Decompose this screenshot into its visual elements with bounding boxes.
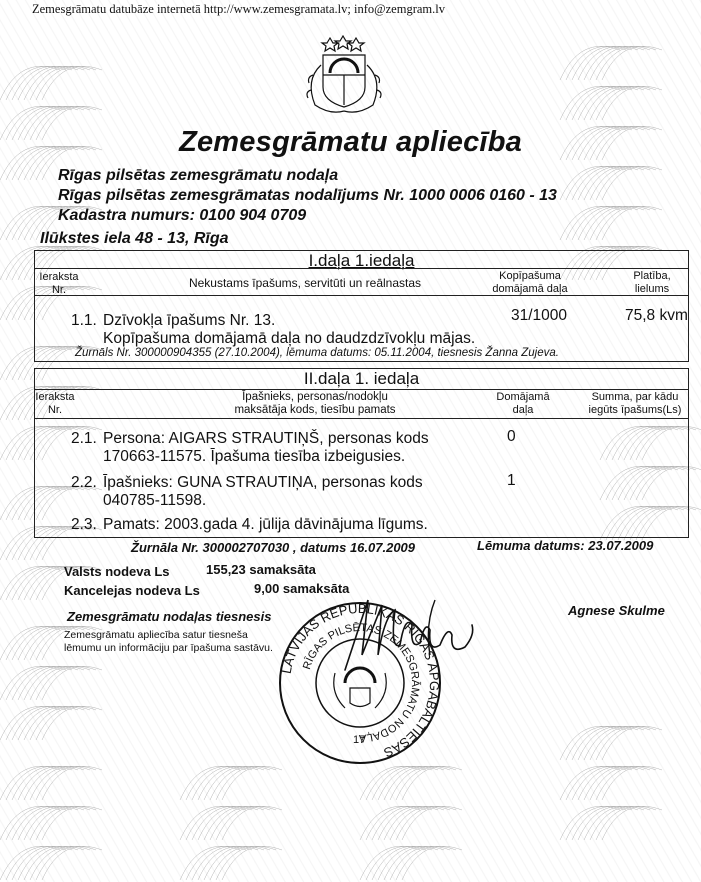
property-line-2: Kopīpašuma domājamā daļa no daudzdzīvokļ… <box>103 329 475 348</box>
office-fee-value: 9,00 samaksāta <box>254 581 349 596</box>
owner-line-2: 040785-11598. <box>103 491 206 510</box>
part2-header-amount: Summa, par kāduiegūts īpašums(Ls) <box>585 391 685 417</box>
certificate-note: Zemesgrāmatu apliecība satur tiesneša lē… <box>64 629 273 655</box>
area-value: 75,8 kvm <box>625 306 688 325</box>
divider <box>35 268 688 269</box>
entry-number: 2.1. <box>71 429 97 448</box>
part2-section-title: II.daļa 1. iedaļa <box>35 369 688 389</box>
source-header-line: Zemesgrāmatu datubāze internetā http://w… <box>32 2 445 17</box>
divider <box>35 418 688 419</box>
judge-label: Zemesgrāmatu nodaļas tiesnesis <box>67 609 271 624</box>
owner-line-2: 170663-11575. Īpašuma tiesība izbeigusie… <box>103 447 405 466</box>
entry-number: 1.1. <box>71 311 97 330</box>
latvia-coat-of-arms-icon <box>285 35 395 117</box>
department-name: Rīgas pilsētas zemesgrāmatu nodaļa <box>58 167 338 185</box>
part1-journal-note: Žurnāls Nr. 300000904355 (27.10.2004), l… <box>75 347 559 359</box>
part1-header-property: Nekustams īpašums, servitūti un reālnast… <box>155 277 455 290</box>
share-value: 1 <box>507 471 516 490</box>
office-fee-label: Kancelejas nodeva Ls <box>64 583 200 598</box>
state-fee-value: 155,23 samaksāta <box>206 562 316 577</box>
entry-number: 2.3. <box>71 515 97 534</box>
state-fee-label: Valsts nodeva Ls <box>64 564 170 579</box>
property-line-1: Dzīvokļa īpašums Nr. 13. <box>103 311 275 330</box>
owner-line-1: Īpašnieks: GUNA STRAUTIŅA, personas kods <box>103 473 423 492</box>
division-number: Rīgas pilsētas zemesgrāmatas nodalījums … <box>58 187 557 205</box>
svg-text:17: 17 <box>353 734 365 746</box>
part1-header-share: Kopīpašumadomājamā daļa <box>485 270 575 296</box>
part2-header-owner: Īpašnieks, personas/nodokļumaksātāja kod… <box>185 391 445 417</box>
decision-date: Lēmuma datums: 23.07.2009 <box>477 538 653 553</box>
judge-name: Agnese Skulme <box>568 603 665 618</box>
property-address: Ilūkstes iela 48 - 13, Rīga <box>40 230 229 248</box>
judge-signature <box>340 595 490 675</box>
owner-line-1: Pamats: 2003.gada 4. jūlija dāvinājuma l… <box>103 515 428 534</box>
entry-number: 2.2. <box>71 473 97 492</box>
part2-header-share: Domājamādaļa <box>493 391 553 417</box>
journal-number: Žurnāla Nr. 300002707030 , datums 16.07.… <box>131 540 415 555</box>
owner-line-1: Persona: AIGARS STRAUTIŅŠ, personas kods <box>103 429 463 448</box>
share-value: 0 <box>507 427 516 446</box>
cadastre-number: Kadastra numurs: 0100 904 0709 <box>58 207 306 225</box>
part1-header-entry-nr: IerakstaNr. <box>39 271 79 297</box>
divider <box>35 295 688 296</box>
part1-table: I.daļa 1.iedaļa IerakstaNr. Nekustams īp… <box>34 250 689 362</box>
part1-header-area: Platība,lielums <box>617 270 687 296</box>
share-value: 31/1000 <box>511 306 567 325</box>
part2-table: II.daļa 1. iedaļa IerakstaNr. Īpašnieks,… <box>34 368 689 538</box>
part2-header-entry-nr: IerakstaNr. <box>35 391 75 417</box>
document-title: Zemesgrāmatu apliecība <box>0 126 701 159</box>
divider <box>35 389 688 390</box>
